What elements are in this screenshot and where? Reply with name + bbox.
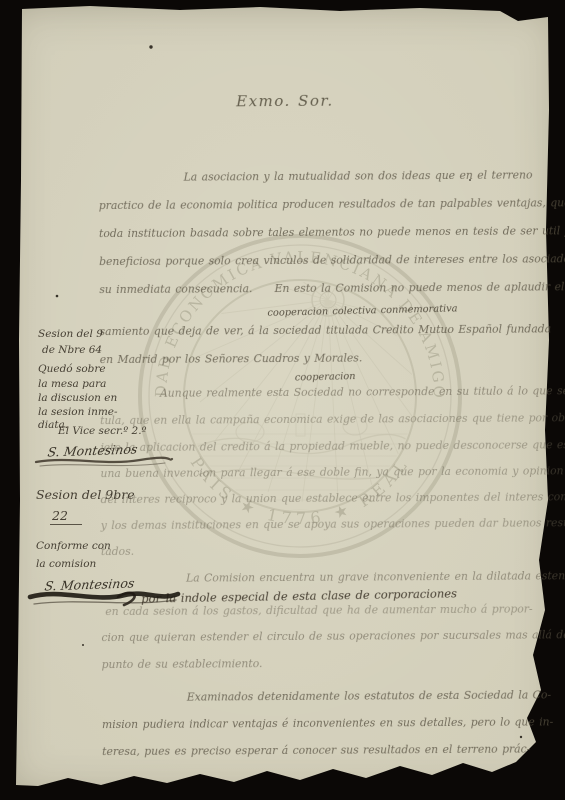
margin-note-line: la sesion inme- — [38, 406, 118, 418]
signature: S. Montesinos — [44, 575, 136, 593]
margin-note-line: la comision — [36, 558, 96, 570]
signature: S. Montesinos — [47, 441, 139, 459]
margin-note-line: El Vice secr.º 2.º — [58, 425, 146, 437]
margin-note-line: la mesa para — [38, 378, 106, 390]
margin-note-line: Sesion del 9 — [38, 328, 103, 340]
margin-note-line: Conforme con — [36, 540, 111, 552]
margin-note-line: la discusion en — [38, 392, 117, 404]
margin-note-line: Sesion del 9bre — [36, 487, 135, 502]
margin-note-line: 22 — [50, 508, 82, 525]
photographed-manuscript: SOCIEDAD ECONOMICA VALENCIANA DE AMIGOS … — [0, 0, 565, 800]
margin-note-line: Quedó sobre — [38, 363, 106, 375]
margin-note-line: de Nbre 64 — [42, 344, 102, 356]
margin-annotations: Sesion del 9 de Nbre 64 Quedó sobre la m… — [0, 0, 565, 800]
